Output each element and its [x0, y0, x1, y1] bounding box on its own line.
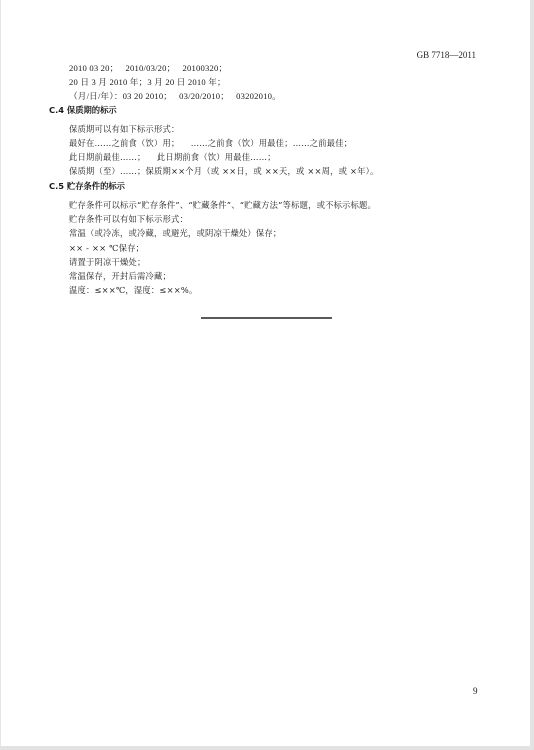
- section-heading-c4: C.4 保质期的标示: [49, 105, 117, 116]
- standard-code-header: GB 7718—2011: [417, 50, 476, 60]
- body-line: 贮存条件可以有如下标示形式：: [69, 214, 188, 225]
- body-line: 保质期（至）……；保质期××个月（或 ××日，或 ××天，或 ××周，或 ×年）…: [69, 166, 378, 177]
- section-heading-c5: C.5 贮存条件的标示: [49, 181, 125, 192]
- body-line: 温度：≤××℃，湿度：≤××%。: [69, 285, 197, 296]
- body-line: 贮存条件可以标示“贮存条件”、“贮藏条件”、“贮藏方法”等标题，或不标示标题。: [69, 200, 376, 211]
- body-line: 请置于阴凉干燥处；: [69, 257, 145, 268]
- body-line: 保质期可以有如下标示形式：: [69, 124, 179, 135]
- page-number: 9: [473, 686, 478, 696]
- date-example-line: 20 日 3 月 2010 年；3 月 20 日 2010 年；: [69, 77, 226, 88]
- document-page: GB 7718—2011 2010 03 20； 2010/03/20； 201…: [0, 0, 530, 746]
- body-line: 此日期前最佳……； 此日期前食（饮）用最佳……；: [69, 152, 276, 163]
- body-line: ×× - ×× ℃保存；: [69, 243, 144, 254]
- body-line: 最好在……之前食（饮）用； ……之前食（饮）用最佳；……之前最佳；: [69, 138, 352, 149]
- date-example-line: （月/日/年）：03 20 2010； 03/20/2010； 03202010…: [69, 91, 281, 102]
- body-line: 常温保存，开封后需冷藏；: [69, 271, 171, 282]
- end-of-section-rule: [201, 317, 332, 319]
- date-example-line: 2010 03 20； 2010/03/20； 20100320；: [69, 63, 227, 74]
- body-line: 常温（或冷冻，或冷藏，或避光，或阴凉干燥处）保存；: [69, 228, 281, 239]
